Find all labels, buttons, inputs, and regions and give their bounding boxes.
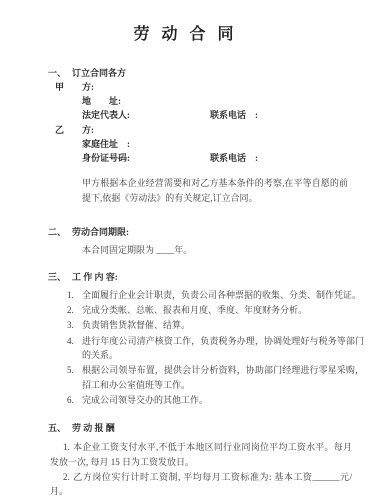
work-item-text: 完成公司领导交办的其他工作。 bbox=[82, 395, 208, 405]
section-1-title: 订立合同各方 bbox=[72, 68, 126, 78]
id-number-row: 身份证号码: 联系电话 : bbox=[82, 151, 371, 165]
section-5-heading: 五、劳 动 报 酬 bbox=[48, 421, 371, 435]
section-5-number: 五、 bbox=[48, 421, 72, 435]
pay-item: 2.乙方岗位实行计时工资制, 平均每月工资标准为: 基本工资______元/月。 bbox=[50, 470, 352, 499]
legal-rep-row: 法定代表人: 联系电话 : bbox=[82, 108, 371, 122]
work-item-number: 5. bbox=[67, 363, 74, 378]
work-item: 5.根据公司领导布置，提供会计分析资料，协助部门经理进行零星采购，招工和办公室值… bbox=[67, 363, 364, 392]
party-a-label: 方: bbox=[82, 82, 94, 92]
work-item-number: 1. bbox=[67, 288, 74, 303]
work-item-text: 进行年度公司清产核资工作，负责税务办理，协调处理好与税务等部门的关系。 bbox=[82, 336, 364, 361]
phone-a-label: 联系电话 : bbox=[210, 108, 258, 122]
legal-rep-label: 法定代表人: bbox=[82, 110, 130, 120]
home-address-row: 家庭住址 : bbox=[82, 137, 371, 151]
address-row: 地 址: bbox=[82, 94, 371, 108]
work-item-text: 完成分类帐、总帐、报表和月度、季度、年度财务分析。 bbox=[82, 305, 307, 315]
home-address-label: 家庭住址 : bbox=[82, 139, 130, 149]
pay-item-number: 1. bbox=[63, 442, 70, 452]
pay-list: 1.本企业工资支付水平,不低于本地区同行业同岗位平均工资水平。每月发放一次, 每… bbox=[0, 440, 371, 498]
section-1-number: 一、 bbox=[48, 66, 72, 80]
phone-b-label: 联系电话 : bbox=[210, 151, 258, 165]
section-2-number: 二、 bbox=[48, 225, 72, 239]
work-item-text: 全面履行企业会计职责，负责公司各种票据的收集、分类、制作凭证。 bbox=[82, 290, 361, 300]
work-item: 1.全面履行企业会计职责，负责公司各种票据的收集、分类、制作凭证。 bbox=[67, 288, 364, 303]
party-b-label: 方: bbox=[82, 125, 94, 135]
work-item-number: 3. bbox=[67, 318, 74, 333]
work-item: 2.完成分类帐、总帐、报表和月度、季度、年度财务分析。 bbox=[67, 303, 364, 318]
work-item: 6.完成公司领导交办的其他工作。 bbox=[67, 393, 364, 408]
work-item-number: 6. bbox=[67, 393, 74, 408]
work-item: 4.进行年度公司清产核资工作，负责税务办理，协调处理好与税务等部门的关系。 bbox=[67, 334, 364, 363]
intro-paragraph: 甲方根据本企业经营需要和对乙方基本条件的考察,在平等自愿的前提下,依据《劳动法》… bbox=[82, 176, 348, 206]
section-3-title: 工 作 内 容: bbox=[72, 272, 118, 282]
pay-item-text: 乙方岗位实行计时工资制, 平均每月工资标准为: 基本工资______元/月。 bbox=[50, 472, 352, 497]
work-item-text: 负责销售货款督催、结算。 bbox=[82, 320, 190, 330]
contract-document-page: 劳 动 合 同 一、订立合同各方 甲方: 地 址: 法定代表人: 联系电话 : … bbox=[0, 0, 371, 500]
work-item: 3.负责销售货款督催、结算。 bbox=[67, 318, 364, 333]
work-item-text: 根据公司领导布置，提供会计分析资料，协助部门经理进行零星采购，招工和办公室值班等… bbox=[82, 365, 364, 390]
section-1-heading: 一、订立合同各方 bbox=[48, 66, 371, 80]
document-title: 劳 动 合 同 bbox=[0, 0, 371, 44]
pay-item: 1.本企业工资支付水平,不低于本地区同行业同岗位平均工资水平。每月发放一次, 每… bbox=[50, 440, 352, 469]
id-number-label: 身份证号码: bbox=[82, 153, 130, 163]
address-label: 地 址: bbox=[82, 96, 121, 106]
contract-term-line: 本合同固定期限为 ____年。 bbox=[82, 243, 371, 257]
party-a-row: 甲方: bbox=[55, 80, 371, 94]
work-item-number: 4. bbox=[67, 334, 74, 349]
section-2-title: 劳动合同期限: bbox=[72, 227, 129, 237]
party-b-row: 乙方: bbox=[55, 123, 371, 137]
section-3-heading: 三、工 作 内 容: bbox=[48, 270, 371, 284]
party-b-letter: 乙 bbox=[55, 123, 82, 137]
pay-item-number: 2. bbox=[63, 472, 70, 482]
work-content-list: 1.全面履行企业会计职责，负责公司各种票据的收集、分类、制作凭证。 2.完成分类… bbox=[0, 288, 371, 407]
section-2-heading: 二、劳动合同期限: bbox=[48, 225, 371, 239]
section-3-number: 三、 bbox=[48, 270, 72, 284]
party-a-letter: 甲 bbox=[55, 80, 82, 94]
work-item-number: 2. bbox=[67, 303, 74, 318]
pay-item-text: 本企业工资支付水平,不低于本地区同行业同岗位平均工资水平。每月发放一次, 每月 … bbox=[50, 442, 352, 467]
section-5-title: 劳 动 报 酬 bbox=[72, 423, 115, 433]
